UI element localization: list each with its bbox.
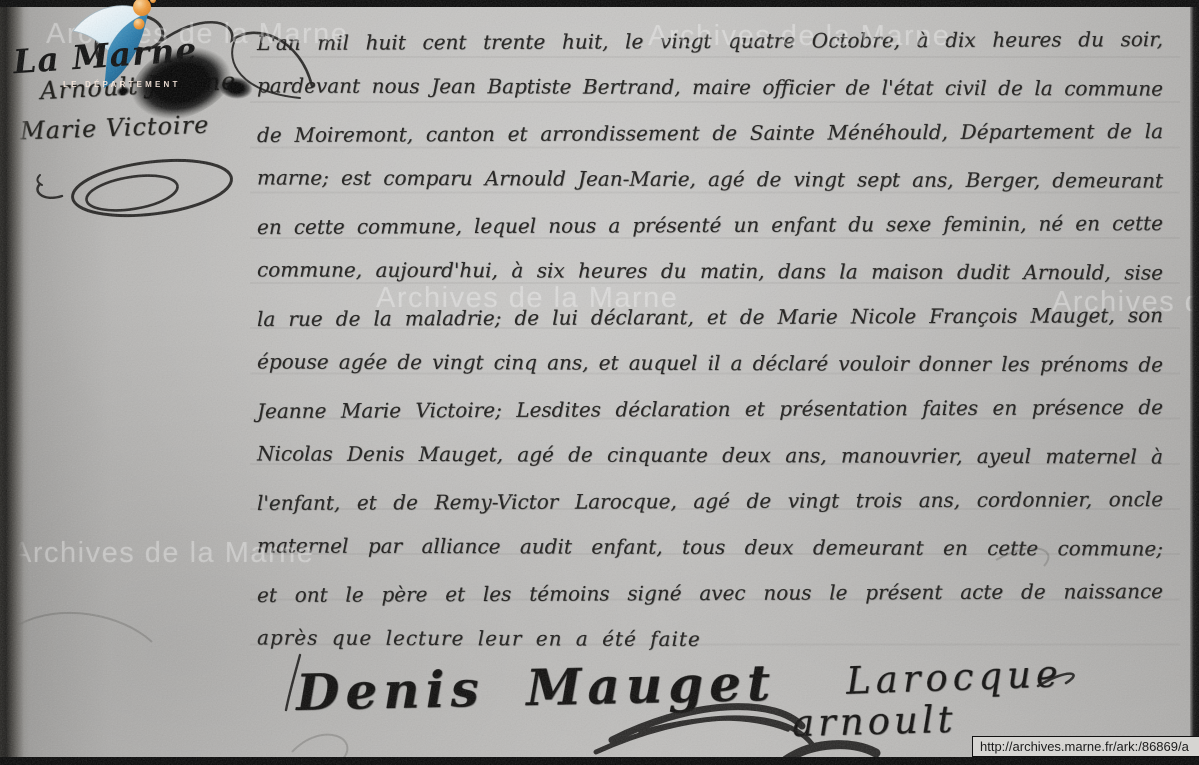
document-line: pardevant nous Jean Baptiste Bertrand, m… [257,68,1163,105]
document-line: de Moiremont, canton et arrondissement d… [257,114,1163,152]
page-edge-right [1190,0,1199,765]
watermark-text: Archives de la Marne [648,22,950,51]
document-line: maternel par alliance audit enfant, tous… [257,528,1163,565]
document-line: marne; est comparu Arnould Jean-Marie, a… [257,160,1163,197]
logo-title: La Marne [12,30,199,82]
la-marne-logo: La Marne LE DÉPARTEMENT [0,0,230,110]
signature-larocque: Larocque [845,652,1063,703]
document-line: Jeanne Marie Victoire; Lesdites déclarat… [257,390,1163,428]
act-text: L'an mil huit cent trente huit, le vingt… [257,24,1163,656]
status-url-bar: http://archives.marne.fr/ark:/86869/a [972,736,1199,757]
document-line: l'enfant, et de Remy-Victor Larocque, ag… [257,482,1163,520]
document-line: après que lecture leur en a été faite [257,620,1163,657]
document-line: et ont le père et les témoins signé avec… [257,574,1163,612]
document-scan[interactable]: L'an mil huit cent trente huit, le vingt… [0,0,1199,765]
watermark-text: Archives de la Marne [1052,288,1199,317]
scan-border-bottom [0,757,1199,765]
logo-subtitle: LE DÉPARTEMENT [63,80,181,89]
signature-arnoult: arnoult [791,698,956,745]
document-line: épouse agée de vingt cinq ans, et auquel… [257,344,1163,381]
watermark-text: Archives de la Marne [12,539,314,568]
signature-denis-mauget: Denis Mauget [295,653,776,722]
binding-shadow [0,0,30,765]
document-line: en cette commune, lequel nous a présenté… [257,206,1163,244]
archive-viewer: L'an mil huit cent trente huit, le vingt… [0,0,1199,765]
watermark-text: Archives de la Marne [376,284,678,313]
document-line: Nicolas Denis Mauget, agé de cinquante d… [257,436,1163,473]
